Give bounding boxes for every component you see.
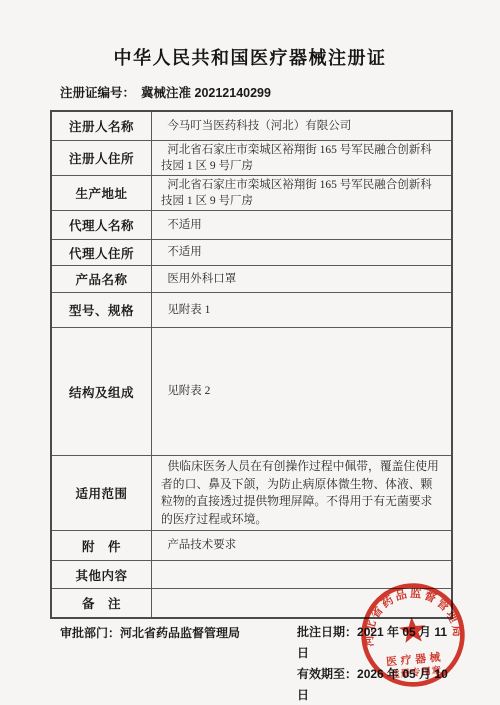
valid-until-line: 有效期至：2026 年 05 月 10 日 (297, 664, 453, 705)
row-value: 见附表 2 (152, 328, 451, 455)
footer-dates: 批注日期：2021 年 05 月 11 日 有效期至：2026 年 05 月 1… (297, 622, 453, 705)
row-value (152, 561, 451, 588)
certificate-table: 注册人名称 今马叮当医药科技（河北）有限公司 注册人住所 河北省石家庄市栾城区裕… (50, 110, 453, 619)
table-row: 注册人名称 今马叮当医药科技（河北）有限公司 (52, 112, 451, 140)
row-label: 代理人名称 (52, 211, 152, 239)
table-row: 注册人住所 河北省石家庄市栾城区裕翔街 165 号军民融合创新科技园 1 区 9… (52, 140, 451, 175)
row-label: 结构及组成 (52, 328, 152, 455)
table-row: 型号、规格 见附表 1 (52, 292, 451, 327)
row-value: 今马叮当医药科技（河北）有限公司 (152, 112, 451, 140)
approval-date-label: 批注日期： (297, 625, 357, 639)
table-row: 产品名称 医用外科口罩 (52, 265, 451, 292)
approval-date-line: 批注日期：2021 年 05 月 11 日 (297, 622, 453, 664)
row-label: 代理人住所 (52, 240, 152, 265)
row-label: 适用范围 (52, 456, 152, 530)
row-label: 注册人名称 (52, 112, 152, 140)
table-row: 代理人住所 不适用 (52, 239, 451, 265)
row-label: 附 件 (52, 531, 152, 560)
registration-number-label: 注册证编号： (60, 86, 135, 100)
table-row: 适用范围 供临床医务人员在有创操作过程中佩带，覆盖住使用者的口、鼻及下颌，为防止… (52, 455, 451, 530)
registration-number-value: 冀械注准 20212140299 (141, 86, 271, 100)
row-value: 不适用 (152, 211, 451, 239)
page-title: 中华人民共和国医疗器械注册证 (0, 44, 500, 70)
footer: 审批部门：河北省药品监督管理局 批注日期：2021 年 05 月 11 日 有效… (50, 622, 453, 705)
row-value (152, 589, 451, 617)
registration-number-line: 注册证编号：冀械注准 20212140299 (60, 83, 271, 101)
row-label: 产品名称 (52, 266, 152, 292)
table-row: 生产地址 河北省石家庄市栾城区裕翔街 165 号军民融合创新科技园 1 区 9 … (52, 175, 451, 210)
row-value: 河北省石家庄市栾城区裕翔街 165 号军民融合创新科技园 1 区 9 号厂房 (152, 141, 451, 175)
row-value: 不适用 (152, 240, 451, 265)
approval-department-value: 河北省药品监督管理局 (120, 626, 240, 640)
valid-until-label: 有效期至： (297, 667, 357, 681)
table-row: 其他内容 (52, 560, 451, 588)
row-value: 产品技术要求 (152, 531, 451, 560)
row-value: 河北省石家庄市栾城区裕翔街 165 号军民融合创新科技园 1 区 9 号厂房 (152, 176, 451, 210)
row-value: 医用外科口罩 (152, 266, 451, 292)
certificate-page: 中华人民共和国医疗器械注册证 注册证编号：冀械注准 20212140299 注册… (0, 0, 500, 705)
row-label: 型号、规格 (52, 293, 152, 327)
table-row: 代理人名称 不适用 (52, 210, 451, 239)
table-row: 附 件 产品技术要求 (52, 530, 451, 560)
table-row: 备 注 (52, 588, 451, 617)
approval-department: 审批部门：河北省药品监督管理局 (60, 622, 240, 705)
row-label: 生产地址 (52, 176, 152, 210)
row-label: 备 注 (52, 589, 152, 617)
table-row: 结构及组成 见附表 2 (52, 327, 451, 455)
approval-department-label: 审批部门： (60, 626, 120, 640)
row-value: 供临床医务人员在有创操作过程中佩带，覆盖住使用者的口、鼻及下颌，为防止病原体微生… (152, 456, 451, 530)
row-label: 注册人住所 (52, 141, 152, 175)
row-value: 见附表 1 (152, 293, 451, 327)
row-label: 其他内容 (52, 561, 152, 588)
